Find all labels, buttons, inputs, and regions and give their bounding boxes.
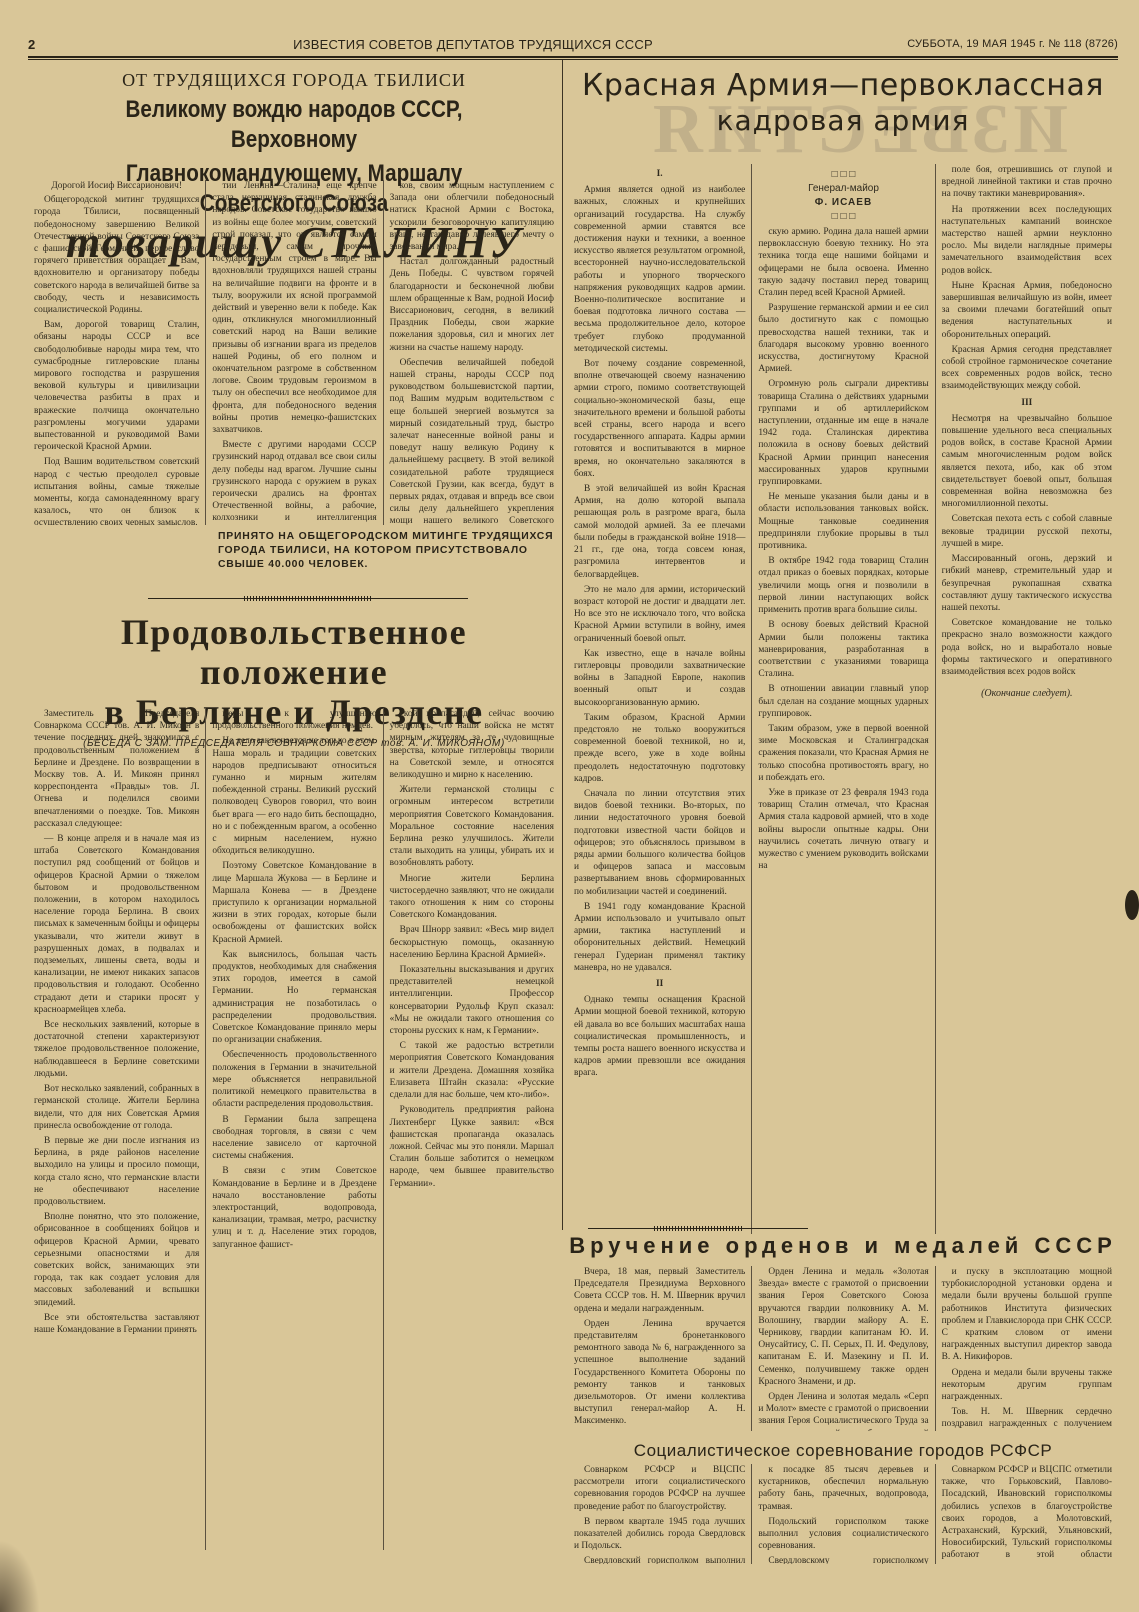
issue-date: СУББОТА, 19 МАЯ 1945 г. № 118 (8726) <box>858 38 1118 50</box>
paragraph: Жители германской столицы с огромным инт… <box>390 784 554 869</box>
salutation: Дорогой Иосиф Виссарионович! <box>34 180 199 192</box>
paragraph: Совнарком РСФСР и ВЦСПС отметили также, … <box>942 1464 1112 1564</box>
paragraph: Многие жители Берлина чистосердечно заяв… <box>390 873 554 922</box>
paragraph: Советская пехота есть с собой славные ве… <box>942 513 1112 550</box>
paragraph: Общегородской митинг трудящихся города Т… <box>34 194 199 316</box>
article-columns: Заместитель Председателя Совнаркома СССР… <box>28 708 560 1550</box>
paragraph: В основу боевых действий Красной Армии б… <box>758 619 928 680</box>
paragraph: В Германии была запрещена свободная торг… <box>212 1114 376 1163</box>
paragraph: Как выяснилось, большая часть продуктов,… <box>212 949 376 1047</box>
page-number: 2 <box>28 37 88 52</box>
paragraph: Но дело заключается не только в этом. На… <box>212 735 376 857</box>
orders-medals-article: Вручение орденов и медалей СССР Вчера, 1… <box>568 1232 1118 1432</box>
red-army-article: ИЗВЕСТИЯ Красная Армия—первоклассная кад… <box>568 62 1118 1237</box>
column-2: □ □ □ Генерал-майор Ф. ИСАЕВ □ □ □ скую … <box>751 164 934 1234</box>
column-2: тии Ленина—Сталина, еще крепче стала нер… <box>205 180 382 525</box>
byline-title: Генерал-майор <box>758 182 928 196</box>
page-edge-shadow <box>0 1540 40 1612</box>
column-1: Совнарком РСФСР и ВЦСПС рассмотрели итог… <box>568 1464 751 1564</box>
headline-line-1: Красная Армия—первоклассная <box>568 68 1118 104</box>
paragraph: В связи с этим Советское Командование в … <box>212 1165 376 1250</box>
paragraph: Вам, дорогой товарищ Сталин, обязаны нар… <box>34 319 199 453</box>
paragraph: Ныне Красная Армия, победоносно завершив… <box>942 280 1112 341</box>
paragraph: Врач Шнорр заявил: «Весь мир видел беско… <box>390 924 554 961</box>
paragraph: Подольский горисполком также выполнил ус… <box>758 1516 928 1553</box>
paragraph: Однако темпы оснащения Красной Армии мощ… <box>574 994 745 1079</box>
paragraph: Вчера, 18 мая, первый Заместитель Предсе… <box>574 1266 745 1315</box>
masthead: 2 ИЗВЕСТИЯ СОВЕТОВ ДЕПУТАТОВ ТРУДЯЩИХСЯ … <box>28 34 1118 54</box>
article-columns: Вчера, 18 мая, первый Заместитель Предсе… <box>568 1266 1118 1431</box>
paragraph: Красная Армия сегодня представляет собой… <box>942 344 1112 393</box>
paragraph: Армия является одной из наиболее важных,… <box>574 184 745 355</box>
column-2: меры к улучшению продовольственного поло… <box>205 708 382 1550</box>
binding-hole <box>1125 890 1139 920</box>
paragraph: Советское командование не только прекрас… <box>942 617 1112 678</box>
continuation-note: (Окончание следует). <box>942 688 1112 700</box>
paragraph: Под Вашим водительством советский народ … <box>34 456 199 525</box>
paragraph: меры к улучшению продовольственного поло… <box>212 708 376 732</box>
column-3: ков, своим мощным наступлением с Запада … <box>383 180 560 525</box>
paragraph: Огромную роль сыграли директивы товарища… <box>758 378 928 488</box>
paragraph: Это не мало для армии, исторический возр… <box>574 584 745 645</box>
paragraph: Вот почему создание современной, вполне … <box>574 358 745 480</box>
paragraph: Не меньше указания были даны и в области… <box>758 491 928 552</box>
paragraph: к посадке 85 тысяч деревьев и кустарнико… <box>758 1464 928 1513</box>
paragraph: Таким образом, Красной Армии предстояло … <box>574 712 745 785</box>
headline: Социалистическое соревнование городов РС… <box>568 1440 1118 1462</box>
paragraph: Орден Ленина вручается представителям бр… <box>574 1318 745 1428</box>
paragraph: ской пропагандой, сейчас воочию убедилос… <box>390 708 554 781</box>
paragraph: тии Ленина—Сталина, еще крепче стала нер… <box>212 180 376 436</box>
paragraph: В 1941 году командование Красной Армии и… <box>574 901 745 974</box>
newspaper-title: ИЗВЕСТИЯ СОВЕТОВ ДЕПУТАТОВ ТРУДЯЩИХСЯ СС… <box>88 37 858 52</box>
headline-line-1: Великому вождю народов СССР, Верховному <box>65 95 523 155</box>
paragraph: ков, своим мощным наступлением с Запада … <box>390 180 554 253</box>
article-columns: Совнарком РСФСР и ВЦСПС рассмотрели итог… <box>568 1464 1118 1564</box>
byline-ornament: □ □ □ <box>758 168 928 182</box>
column-1: Вчера, 18 мая, первый Заместитель Предсе… <box>568 1266 751 1431</box>
byline: □ □ □ Генерал-майор Ф. ИСАЕВ □ □ □ <box>758 164 928 226</box>
column-2: Орден Ленина и медаль «Золотая Звезда» в… <box>751 1266 934 1431</box>
paragraph: поле боя, отрешившись от глупой и вредно… <box>942 164 1112 201</box>
paragraph: Несмотря на чрезвычайно большое повышени… <box>942 413 1112 511</box>
section-number: I. <box>574 168 745 180</box>
paragraph: Ордена и медали были вручены также некот… <box>942 1367 1112 1404</box>
paragraph: Как известно, еще в начале войны гитлеро… <box>574 648 745 709</box>
column-1: Дорогой Иосиф Виссарионович! Общегородск… <box>28 180 205 525</box>
paragraph: Обеспечив величайшей победой нашей стран… <box>390 357 554 525</box>
column-1: Заместитель Председателя Совнаркома СССР… <box>28 708 205 1550</box>
mikoyan-food-article: Продовольственное положение в Берлине и … <box>28 590 560 1610</box>
paragraph: Сначала по линии отсутствия этих видов б… <box>574 788 745 898</box>
column-1: I. Армия является одной из наиболее важн… <box>568 164 751 1234</box>
paragraph: Разрушение германской армии и ее сил был… <box>758 302 928 375</box>
paragraph: Вот несколько заявлений, собранных в гер… <box>34 1083 199 1132</box>
column-divider <box>562 60 563 1230</box>
paragraph: Орден Ленина и золотая медаль «Серп и Мо… <box>758 1391 928 1431</box>
paragraph: Вполне понятно, что это положение, обрис… <box>34 1211 199 1309</box>
paragraph: На протяжении всех последующих наступате… <box>942 204 1112 277</box>
paragraph: Показательны высказывания и других предс… <box>390 964 554 1037</box>
paragraph: Все нескольких заявлений, которые в дост… <box>34 1019 199 1080</box>
section-number: II <box>574 978 745 990</box>
paragraph: Тов. Н. М. Шверник сердечно поздравил на… <box>942 1406 1112 1431</box>
paragraph: В октябре 1942 года товарищ Сталин отдал… <box>758 555 928 616</box>
paragraph: Настал долгожданный радостный День Побед… <box>390 256 554 354</box>
paragraph: и пуску в эксплоатацию мощной турбокисло… <box>942 1266 1112 1364</box>
paragraph: Совнарком РСФСР и ВЦСПС рассмотрели итог… <box>574 1464 745 1513</box>
paragraph: В первом квартале 1945 года лучших показ… <box>574 1516 745 1553</box>
article-kicker: ОТ ТРУДЯЩИХСЯ ГОРОДА ТБИЛИСИ <box>28 70 560 91</box>
paragraph: Свердловский горисполком выполнил план п… <box>574 1555 745 1564</box>
column-3: и пуску в эксплоатацию мощной турбокисло… <box>935 1266 1118 1431</box>
resolution-note: ПРИНЯТО НА ОБЩЕГОРОДСКОМ МИТИНГЕ ТРУДЯЩИ… <box>218 530 558 572</box>
article-columns: Дорогой Иосиф Виссарионович! Общегородск… <box>28 180 560 525</box>
paragraph: Вместе с другими народами СССР грузински… <box>212 439 376 525</box>
paragraph: Руководитель предприятия района Лихтенбе… <box>390 1104 554 1189</box>
paragraph: В отношении авиации главный упор был сде… <box>758 683 928 720</box>
paragraph: Уже в приказе от 23 февраля 1943 года то… <box>758 787 928 872</box>
paragraph: С такой же радостью встретили мероприяти… <box>390 1040 554 1101</box>
column-2: к посадке 85 тысяч деревьев и кустарнико… <box>751 1464 934 1564</box>
section-number: III <box>942 397 1112 409</box>
paragraph: скую армию. Родина дала нашей армии перв… <box>758 226 928 299</box>
newspaper-page: 2 ИЗВЕСТИЯ СОВЕТОВ ДЕПУТАТОВ ТРУДЯЩИХСЯ … <box>28 0 1118 1612</box>
article-columns: I. Армия является одной из наиболее важн… <box>568 164 1118 1234</box>
byline-name: Ф. ИСАЕВ <box>758 196 928 210</box>
column-3: поле боя, отрешившись от глупой и вредно… <box>935 164 1118 1234</box>
paragraph: — В конце апреля и в начале мая из штаба… <box>34 833 199 1016</box>
paragraph: Свердловскому горисполкому присуждена вт… <box>758 1555 928 1564</box>
headline-line-1: Продовольственное положение <box>28 612 560 692</box>
paragraph: Все эти обстоятельства заставляют наше К… <box>34 1312 199 1336</box>
paragraph: Таким образом, уже в первой военной зиме… <box>758 723 928 784</box>
paragraph: В этой величайшей из войн Красная Армия,… <box>574 483 745 581</box>
paragraph: Орден Ленина и медаль «Золотая Звезда» в… <box>758 1266 928 1388</box>
column-3: Совнарком РСФСР и ВЦСПС отметили также, … <box>935 1464 1118 1564</box>
column-3: ской пропагандой, сейчас воочию убедилос… <box>383 708 560 1550</box>
paragraph: Массированный огонь, дерзкий и гибкий ма… <box>942 553 1112 614</box>
headline: Вручение орденов и медалей СССР <box>568 1232 1118 1260</box>
paragraph: Поэтому Советское Командование в лице Ма… <box>212 860 376 945</box>
masthead-rule <box>28 56 1118 60</box>
paragraph: Обеспеченность продовольственного положе… <box>212 1049 376 1110</box>
paragraph: Заместитель Председателя Совнаркома СССР… <box>34 708 199 830</box>
byline-ornament: □ □ □ <box>758 210 928 224</box>
socialist-competition-article: Социалистическое соревнование городов РС… <box>568 1440 1118 1612</box>
tbilisi-letter-article: ОТ ТРУДЯЩИХСЯ ГОРОДА ТБИЛИСИ Великому во… <box>28 62 560 587</box>
headline-line-2: кадровая армия <box>568 104 1118 138</box>
paragraph: В первые же дни после изгнания из Берлин… <box>34 1135 199 1208</box>
